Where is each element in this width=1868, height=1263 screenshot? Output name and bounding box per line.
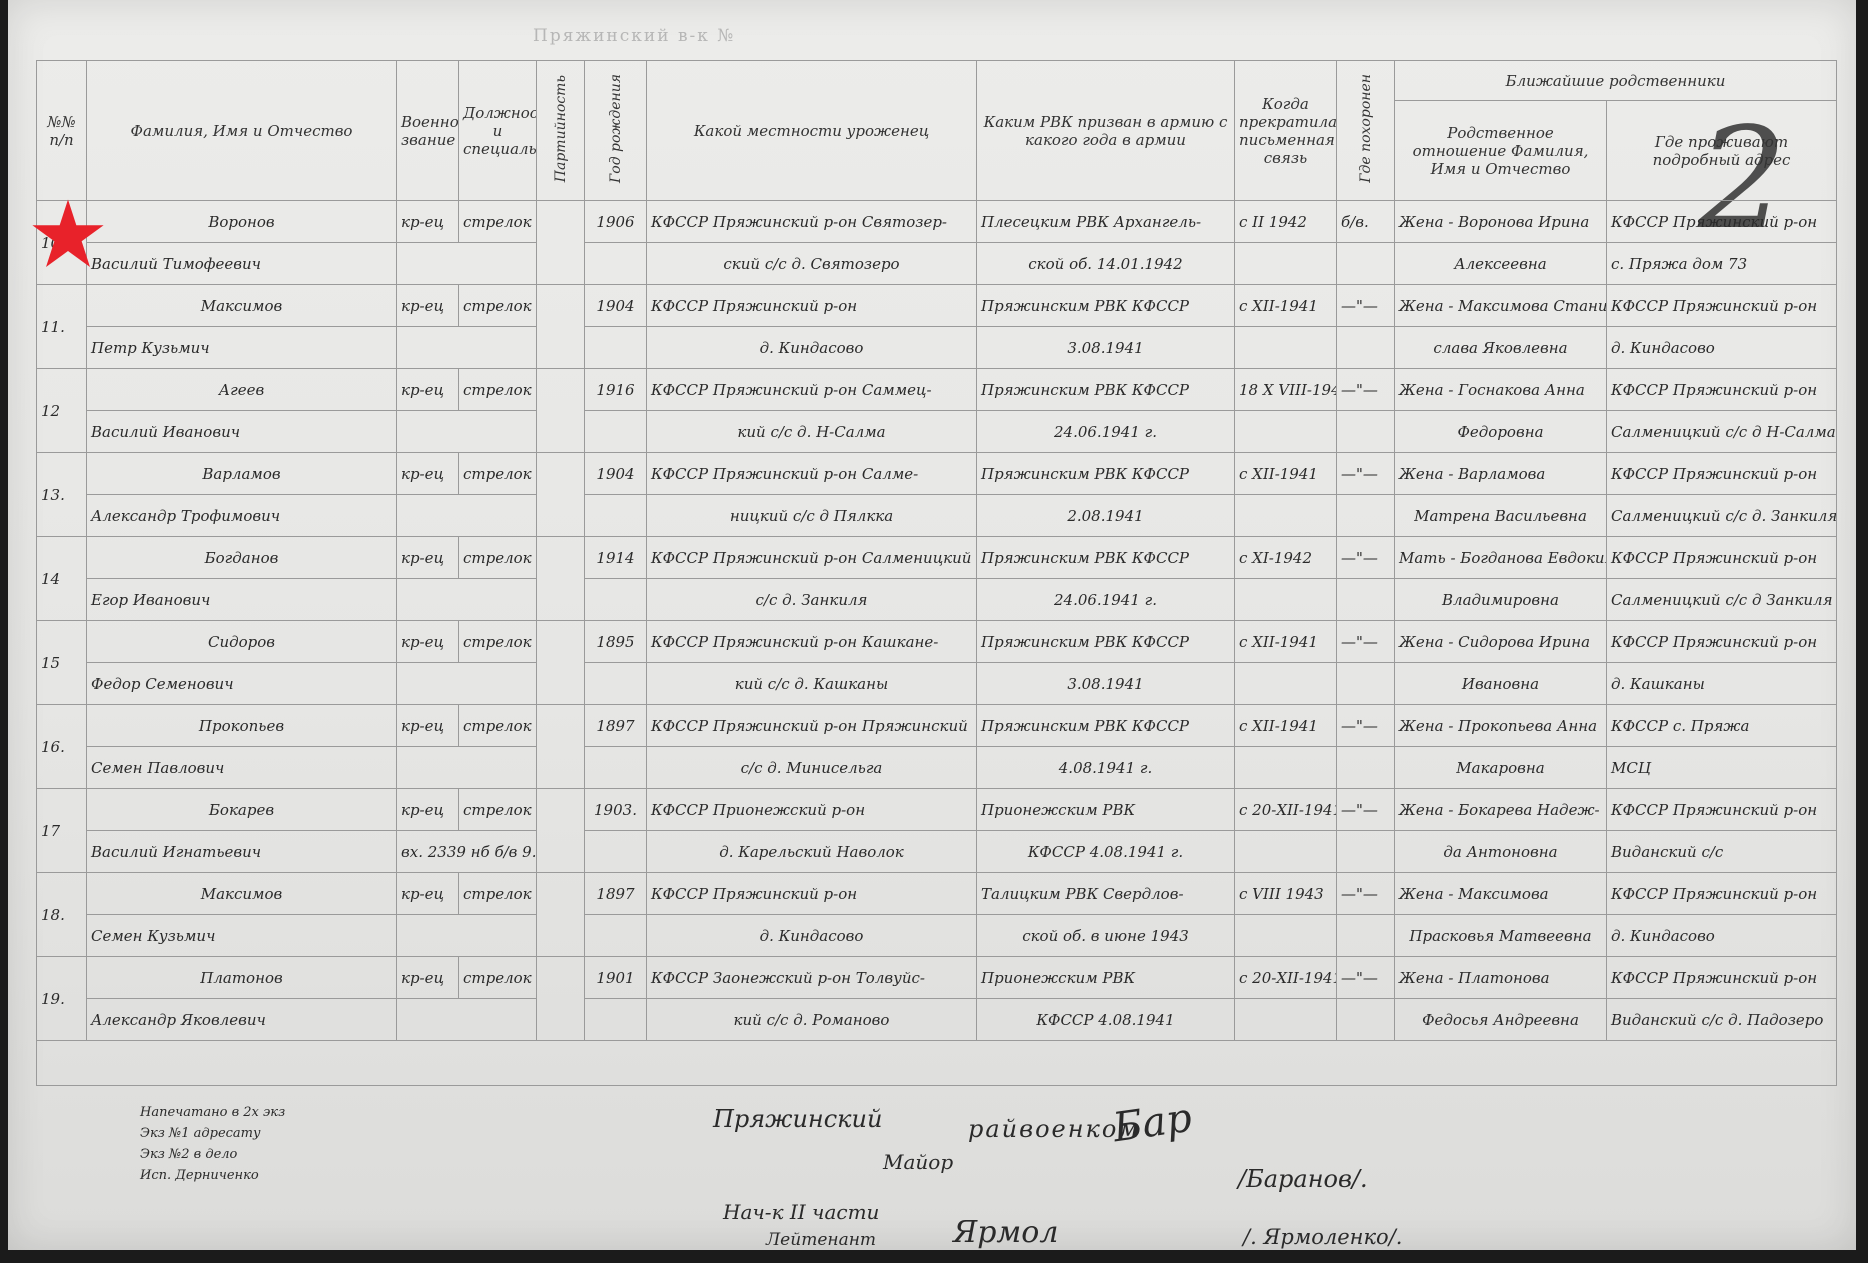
rank: кр-ец: [397, 789, 459, 831]
signature-yarmolenko: Ярмол: [953, 1215, 1058, 1250]
row-number: 13.: [37, 453, 87, 537]
surname: Максимов: [87, 285, 397, 327]
contact-ceased: с XII-1941: [1235, 705, 1337, 747]
party: [537, 537, 585, 621]
empty-cell: [1235, 999, 1337, 1041]
origin-line2: кий с/с д. Н-Салма: [647, 411, 977, 453]
annotation: [397, 999, 537, 1041]
empty-cell: [1235, 327, 1337, 369]
party: [537, 957, 585, 1041]
empty-cell: [1337, 243, 1395, 285]
conscription-line2: 4.08.1941 г.: [977, 747, 1235, 789]
party: [537, 453, 585, 537]
empty-cell: [585, 663, 647, 705]
address-line1: КФССР Пряжинский р-он: [1607, 285, 1837, 327]
address-line2: Салменицкий с/с д Н-Салма: [1607, 411, 1837, 453]
table-row: 11. Максимов кр-ец стрелок 1904 КФССР Пр…: [37, 285, 1837, 327]
contact-ceased: с XII-1941: [1235, 453, 1337, 495]
address-line2: д. Кашканы: [1607, 663, 1837, 705]
origin-line2: д. Карельский Наволок: [647, 831, 977, 873]
birth-year: 1914: [585, 537, 647, 579]
birth-year: 1904: [585, 453, 647, 495]
surname: Сидоров: [87, 621, 397, 663]
contact-ceased: с 20-XII-1941: [1235, 957, 1337, 999]
conscription-line1: Пряжинским РВК КФССР: [977, 285, 1235, 327]
address-line2: Салменицкий с/с д Занкиля: [1607, 579, 1837, 621]
table-row-cont: Семен Павлович с/с д. Минисельга 4.08.19…: [37, 747, 1837, 789]
empty-cell: [585, 327, 647, 369]
address-line1: КФССР Пряжинский р-он: [1607, 201, 1837, 243]
empty-cell: [1337, 663, 1395, 705]
birth-year: 1904: [585, 285, 647, 327]
conscription-line1: Плесецким РВК Архангель-: [977, 201, 1235, 243]
red-star-icon: [30, 198, 106, 270]
empty-cell: [585, 411, 647, 453]
table-row: 13. Варламов кр-ец стрелок 1904 КФССР Пр…: [37, 453, 1837, 495]
given-names: Василий Тимофеевич: [87, 243, 397, 285]
relative-line1: Мать - Богданова Евдокия: [1395, 537, 1607, 579]
birth-year: 1897: [585, 873, 647, 915]
col-position: Должность и специальность: [459, 61, 537, 201]
signature-baranov: Бар: [1110, 1095, 1194, 1152]
contact-ceased: с 20-XII-1941: [1235, 789, 1337, 831]
birth-year: 1901: [585, 957, 647, 999]
rank: кр-ец: [397, 957, 459, 999]
conscription-line2: КФССР 4.08.1941: [977, 999, 1235, 1041]
relative-line1: Жена - Сидорова Ирина: [1395, 621, 1607, 663]
conscription-line2: КФССР 4.08.1941 г.: [977, 831, 1235, 873]
given-names: Семен Кузьмич: [87, 915, 397, 957]
col-rank: Военное звание: [397, 61, 459, 201]
given-names: Федор Семенович: [87, 663, 397, 705]
row-number: 14: [37, 537, 87, 621]
empty-cell: [1337, 411, 1395, 453]
conscription-line2: 3.08.1941: [977, 327, 1235, 369]
origin-line1: КФССР Заонежский р-он Толвуйс-: [647, 957, 977, 999]
table-row-cont: Василий Тимофеевич ский с/с д. Святозеро…: [37, 243, 1837, 285]
position: стрелок: [459, 789, 537, 831]
empty-cell: [585, 999, 647, 1041]
surname: Бокарев: [87, 789, 397, 831]
table-row: 10. Воронов кр-ец стрелок 1906 КФССР Пря…: [37, 201, 1837, 243]
col-conscription: Каким РВК призван в армию с какого года …: [977, 61, 1235, 201]
empty-cell: [1235, 915, 1337, 957]
annotation: [397, 579, 537, 621]
origin-line1: КФССР Пряжинский р-он: [647, 285, 977, 327]
col-relative: Родственное отношение Фамилия, Имя и Отч…: [1395, 101, 1607, 201]
relative-line2: Владимировна: [1395, 579, 1607, 621]
row-number: 15: [37, 621, 87, 705]
document-sheet: Пряжинский в-к № 2 №№ п/п Фамилия, Имя и…: [8, 0, 1856, 1250]
rank: кр-ец: [397, 285, 459, 327]
table-row: 17 Бокарев кр-ец стрелок 1903. КФССР При…: [37, 789, 1837, 831]
address-line1: КФССР с. Пряжа: [1607, 705, 1837, 747]
empty-cell: [585, 243, 647, 285]
table-row-cont: Александр Яковлевич кий с/с д. Романово …: [37, 999, 1837, 1041]
party: [537, 621, 585, 705]
rank: кр-ец: [397, 369, 459, 411]
position: стрелок: [459, 369, 537, 411]
origin-line1: КФССР Пряжинский р-он Салме-: [647, 453, 977, 495]
table-row: 18. Максимов кр-ец стрелок 1897 КФССР Пр…: [37, 873, 1837, 915]
empty-cell: [585, 579, 647, 621]
empty-cell: [1337, 327, 1395, 369]
origin-line2: д. Киндасово: [647, 327, 977, 369]
col-birth-year: Год рождения: [585, 61, 647, 201]
signer2-rank: Лейтенант: [766, 1230, 876, 1250]
contact-ceased: с XII-1941: [1235, 285, 1337, 327]
annotation: [397, 327, 537, 369]
conscription-line1: Пряжинским РВК КФССР: [977, 621, 1235, 663]
table-row: 12 Агеев кр-ец стрелок 1916 КФССР Пряжин…: [37, 369, 1837, 411]
empty-cell: [1235, 495, 1337, 537]
empty-cell: [1337, 747, 1395, 789]
row-number: 16.: [37, 705, 87, 789]
origin-line1: КФССР Пряжинский р-он Салменицкий: [647, 537, 977, 579]
rank: кр-ец: [397, 453, 459, 495]
birth-year: 1906: [585, 201, 647, 243]
col-party: Партийность: [537, 61, 585, 201]
conscription-line1: Пряжинским РВК КФССР: [977, 705, 1235, 747]
empty-cell: [585, 915, 647, 957]
signer1-title: Пряжинский: [713, 1105, 882, 1133]
position: стрелок: [459, 453, 537, 495]
table-row-cont: Семен Кузьмич д. Киндасово ской об. в ию…: [37, 915, 1837, 957]
address-line2: д. Киндасово: [1607, 327, 1837, 369]
conscription-line2: ской об. в июне 1943: [977, 915, 1235, 957]
conscription-line2: 24.06.1941 г.: [977, 411, 1235, 453]
table-row: 14 Богданов кр-ец стрелок 1914 КФССР Пря…: [37, 537, 1837, 579]
burial: —"—: [1337, 285, 1395, 327]
party: [537, 789, 585, 873]
contact-ceased: с XI-1942: [1235, 537, 1337, 579]
address-line1: КФССР Пряжинский р-он: [1607, 621, 1837, 663]
origin-line2: д. Киндасово: [647, 915, 977, 957]
party: [537, 201, 585, 285]
birth-year: 1903.: [585, 789, 647, 831]
conscription-line1: Пряжинским РВК КФССР: [977, 453, 1235, 495]
col-buried: Где похоронен: [1337, 61, 1395, 201]
origin-line1: КФССР Прионежский р-он: [647, 789, 977, 831]
burial: б/в.: [1337, 201, 1395, 243]
row-number: 11.: [37, 285, 87, 369]
empty-cell: [585, 747, 647, 789]
party: [537, 369, 585, 453]
given-names: Александр Яковлевич: [87, 999, 397, 1041]
rank: кр-ец: [397, 537, 459, 579]
relative-line2: Федосья Андреевна: [1395, 999, 1607, 1041]
position: стрелок: [459, 873, 537, 915]
relative-line1: Жена - Госнакова Анна: [1395, 369, 1607, 411]
address-line2: МСЦ: [1607, 747, 1837, 789]
table-row-cont: Василий Игнатьевич вх. 2339 нб б/в 9.41 …: [37, 831, 1837, 873]
empty-cell: [1337, 999, 1395, 1041]
row-number: 18.: [37, 873, 87, 957]
burial: —"—: [1337, 789, 1395, 831]
burial: —"—: [1337, 453, 1395, 495]
address-line1: КФССР Пряжинский р-он: [1607, 369, 1837, 411]
empty-cell: [1337, 579, 1395, 621]
conscription-line1: Прионежским РВК: [977, 789, 1235, 831]
relative-line1: Жена - Прокопьева Анна: [1395, 705, 1607, 747]
party: [537, 285, 585, 369]
relative-line2: Ивановна: [1395, 663, 1607, 705]
table-row: 15 Сидоров кр-ец стрелок 1895 КФССР Пряж…: [37, 621, 1837, 663]
origin-line1: КФССР Пряжинский р-он Саммец-: [647, 369, 977, 411]
origin-line2: с/с д. Минисельга: [647, 747, 977, 789]
burial: —"—: [1337, 873, 1395, 915]
table-row-cont: Егор Иванович с/с д. Занкиля 24.06.1941 …: [37, 579, 1837, 621]
empty-cell: [585, 831, 647, 873]
party: [537, 705, 585, 789]
address-line2: Виданский с/с: [1607, 831, 1837, 873]
col-num: №№ п/п: [37, 61, 87, 201]
surname: Богданов: [87, 537, 397, 579]
address-line2: Салменицкий с/с д. Занкиля: [1607, 495, 1837, 537]
relative-line2: Макаровна: [1395, 747, 1607, 789]
copy-notes: Напечатано в 2х экз Экз №1 адресату Экз …: [140, 1102, 285, 1186]
col-address: Где проживают подробный адрес: [1607, 101, 1837, 201]
empty-cell: [585, 495, 647, 537]
col-name: Фамилия, Имя и Отчество: [87, 61, 397, 201]
burial: —"—: [1337, 369, 1395, 411]
annotation: [397, 243, 537, 285]
empty-row: [37, 1041, 1837, 1086]
burial: —"—: [1337, 537, 1395, 579]
relative-line1: Жена - Воронова Ирина: [1395, 201, 1607, 243]
annotation: [397, 495, 537, 537]
position: стрелок: [459, 957, 537, 999]
position: стрелок: [459, 201, 537, 243]
party: [537, 873, 585, 957]
origin-line1: КФССР Пряжинский р-он: [647, 873, 977, 915]
address-line2: с. Пряжа дом 73: [1607, 243, 1837, 285]
origin-line1: КФССР Пряжинский р-он Кашкане-: [647, 621, 977, 663]
empty-cell: [1235, 831, 1337, 873]
relative-line2: Федоровна: [1395, 411, 1607, 453]
annotation: вх. 2339 нб б/в 9.41: [397, 831, 537, 873]
conscription-line2: 2.08.1941: [977, 495, 1235, 537]
row-number: 12: [37, 369, 87, 453]
given-names: Петр Кузьмич: [87, 327, 397, 369]
empty-cell: [1235, 747, 1337, 789]
origin-line1: КФССР Пряжинский р-он Святозер-: [647, 201, 977, 243]
conscription-line1: Пряжинским РВК КФССР: [977, 369, 1235, 411]
rank: кр-ец: [397, 621, 459, 663]
given-names: Егор Иванович: [87, 579, 397, 621]
given-names: Василий Иванович: [87, 411, 397, 453]
address-line1: КФССР Пряжинский р-он: [1607, 873, 1837, 915]
surname: Прокопьев: [87, 705, 397, 747]
conscription-line1: Прионежским РВК: [977, 957, 1235, 999]
annotation: [397, 747, 537, 789]
surname: Варламов: [87, 453, 397, 495]
address-line1: КФССР Пряжинский р-он: [1607, 957, 1837, 999]
origin-line2: с/с д. Занкиля: [647, 579, 977, 621]
birth-year: 1895: [585, 621, 647, 663]
empty-cell: [1235, 579, 1337, 621]
rank: кр-ец: [397, 873, 459, 915]
relative-line1: Жена - Максимова Стани-: [1395, 285, 1607, 327]
relative-line2: слава Яковлевна: [1395, 327, 1607, 369]
conscription-line2: ской об. 14.01.1942: [977, 243, 1235, 285]
relative-line1: Жена - Платонова: [1395, 957, 1607, 999]
origin-line2: кий с/с д. Романово: [647, 999, 977, 1041]
empty-cell: [1337, 831, 1395, 873]
relative-line2: да Антоновна: [1395, 831, 1607, 873]
burial: —"—: [1337, 705, 1395, 747]
address-line2: Виданский с/с д. Падозеро: [1607, 999, 1837, 1041]
origin-line2: ский с/с д. Святозеро: [647, 243, 977, 285]
relative-line1: Жена - Бокарева Надеж-: [1395, 789, 1607, 831]
position: стрелок: [459, 705, 537, 747]
signer2-title: Нач-к II части: [723, 1200, 879, 1224]
empty-cell: [1235, 663, 1337, 705]
burial: —"—: [1337, 621, 1395, 663]
row-number: 19.: [37, 957, 87, 1041]
empty-cell: [1337, 915, 1395, 957]
annotation: [397, 411, 537, 453]
relative-line2: Прасковья Матвеевна: [1395, 915, 1607, 957]
given-names: Василий Игнатьевич: [87, 831, 397, 873]
row-number: 17: [37, 789, 87, 873]
conscription-line2: 3.08.1941: [977, 663, 1235, 705]
origin-line2: кий с/с д. Кашканы: [647, 663, 977, 705]
annotation: [397, 915, 537, 957]
surname: Агеев: [87, 369, 397, 411]
relative-line1: Жена - Максимова: [1395, 873, 1607, 915]
origin-line2: ницкий с/с д Пялкка: [647, 495, 977, 537]
signer2-name: /. Ярмоленко/.: [1243, 1225, 1402, 1249]
position: стрелок: [459, 621, 537, 663]
address-line1: КФССР Пряжинский р-он: [1607, 537, 1837, 579]
contact-ceased: с II 1942: [1235, 201, 1337, 243]
signer1-name: /Баранов/.: [1238, 1165, 1368, 1193]
burial: —"—: [1337, 957, 1395, 999]
table-row-cont: Федор Семенович кий с/с д. Кашканы 3.08.…: [37, 663, 1837, 705]
casualty-register-table: №№ п/п Фамилия, Имя и Отчество Военное з…: [36, 60, 1837, 1086]
address-line1: КФССР Пряжинский р-он: [1607, 453, 1837, 495]
origin-line1: КФССР Пряжинский р-он Пряжинский: [647, 705, 977, 747]
conscription-line1: Талицким РВК Свердлов-: [977, 873, 1235, 915]
given-names: Александр Трофимович: [87, 495, 397, 537]
rank: кр-ец: [397, 705, 459, 747]
col-origin: Какой местности уроженец: [647, 61, 977, 201]
empty-cell: [1235, 411, 1337, 453]
empty-cell: [1337, 495, 1395, 537]
table-row-cont: Петр Кузьмич д. Киндасово 3.08.1941 слав…: [37, 327, 1837, 369]
surname: Платонов: [87, 957, 397, 999]
given-names: Семен Павлович: [87, 747, 397, 789]
birth-year: 1897: [585, 705, 647, 747]
table-row: 19. Платонов кр-ец стрелок 1901 КФССР За…: [37, 957, 1837, 999]
faded-stamp: Пряжинский в-к №: [533, 26, 735, 46]
table-row-cont: Александр Трофимович ницкий с/с д Пялкка…: [37, 495, 1837, 537]
rank: кр-ец: [397, 201, 459, 243]
contact-ceased: с XII-1941: [1235, 621, 1337, 663]
position: стрелок: [459, 285, 537, 327]
col-contact-ceased: Когда прекратилась письменная связь: [1235, 61, 1337, 201]
signer1-rank: Майор: [883, 1150, 953, 1174]
position: стрелок: [459, 537, 537, 579]
relative-line2: Алексеевна: [1395, 243, 1607, 285]
address-line1: КФССР Пряжинский р-он: [1607, 789, 1837, 831]
contact-ceased: с VIII 1943: [1235, 873, 1337, 915]
surname: Воронов: [87, 201, 397, 243]
surname: Максимов: [87, 873, 397, 915]
relative-line1: Жена - Варламова: [1395, 453, 1607, 495]
col-relatives-group: Ближайшие родственники: [1395, 61, 1837, 101]
relative-line2: Матрена Васильевна: [1395, 495, 1607, 537]
table-row: 16. Прокопьев кр-ец стрелок 1897 КФССР П…: [37, 705, 1837, 747]
birth-year: 1916: [585, 369, 647, 411]
table-row-cont: Василий Иванович кий с/с д. Н-Салма 24.0…: [37, 411, 1837, 453]
contact-ceased: 18 X VIII-1941: [1235, 369, 1337, 411]
annotation: [397, 663, 537, 705]
empty-cell: [1235, 243, 1337, 285]
conscription-line1: Пряжинским РВК КФССР: [977, 537, 1235, 579]
conscription-line2: 24.06.1941 г.: [977, 579, 1235, 621]
address-line2: д. Киндасово: [1607, 915, 1837, 957]
